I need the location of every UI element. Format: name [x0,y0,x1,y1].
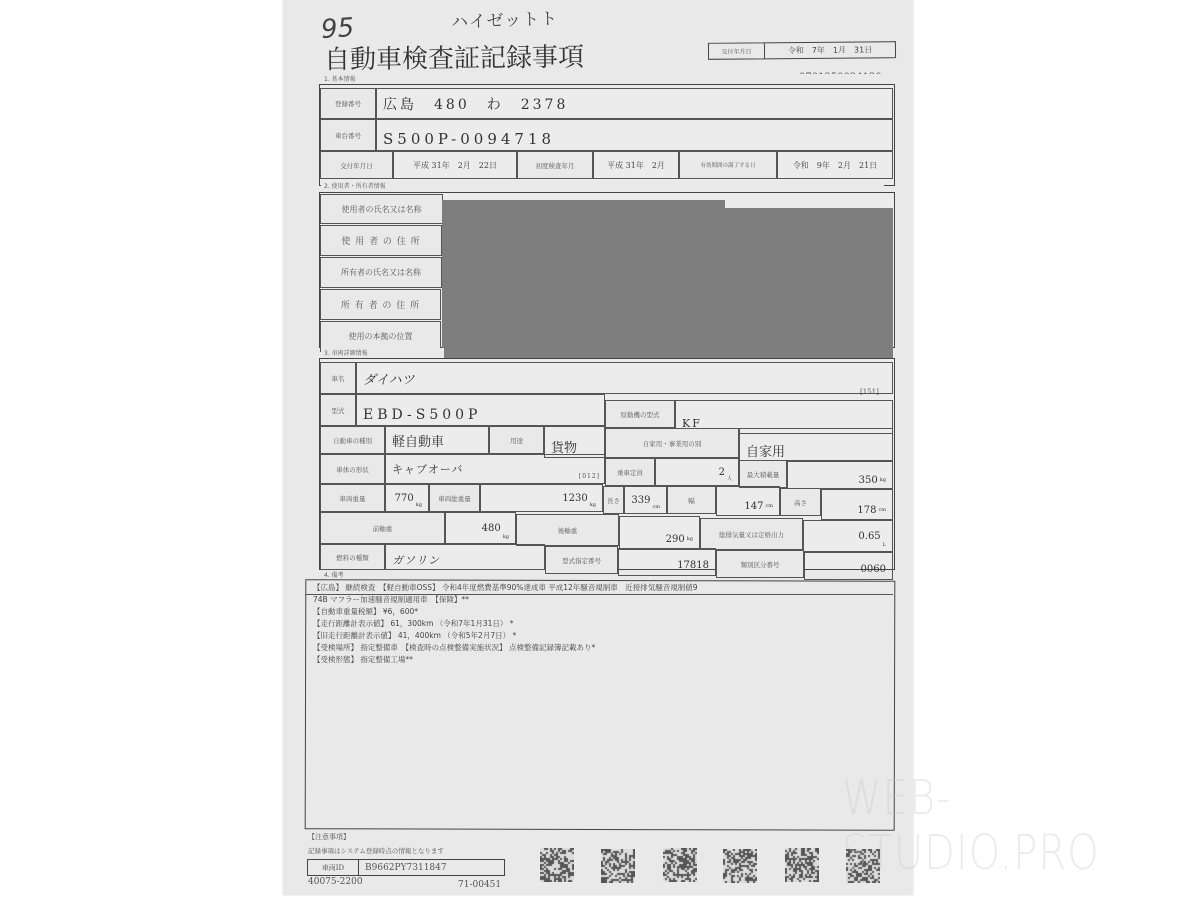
vehicle-weight-label: 車両重量 [320,484,385,512]
owner-name-label: 所有者の氏名又は名称 [320,257,442,288]
notes-line-4: 【走行距離計表示値】 61，300km （令和7年1月31日） * [313,618,514,630]
vehicle-type-value: 軽自動車 [385,426,489,454]
qr-code-3 [663,848,697,882]
gross-weight-value: 1230kg [480,484,603,512]
use-label: 用途 [489,426,544,454]
max-load-value: 350kg [787,460,893,490]
vehicle-weight-unit: kg [416,502,422,511]
section-3-header: 3. 車両詳細情報 [321,348,444,358]
handwritten-vehicle-name: ハイゼットト [451,4,559,33]
vehicle-type-label: 自動車の種別 [320,426,385,454]
redacted-owner-info-2 [723,208,893,358]
front-axle-value: 480kg [445,512,516,544]
first-registration-label: 初度検査年月 [517,151,593,179]
capacity-unit: 人 [727,475,732,485]
width-value: 147cm [716,486,780,516]
model-value: EBD-S500P [356,394,605,426]
displacement-unit: L [883,542,886,551]
height-unit: cm [878,507,886,516]
expiry-value: 令和 9年 2月 21日 [777,151,893,179]
redacted-owner-info [442,200,725,360]
notes-line-3: 【自動車重量税額】 ¥6，600* [313,606,418,618]
vehicle-weight-number: 770 [395,493,414,504]
body-shape-text: キャブオーバ [392,461,463,477]
capacity-value: 2人 [655,458,739,486]
fuel-label: 燃料の種類 [320,544,385,570]
registration-number-label: 登録番号 [320,88,376,119]
notes-line-5: 【旧走行距離計表示値】 41，400km （令和5年2月7日） * [313,630,516,642]
height-label: 高さ [780,488,821,516]
first-issue-label: 交付年月日 [320,151,393,179]
front-axle-number: 480 [482,523,501,534]
document-title: 自動車検査証記録事項 [324,37,584,77]
category-value: 0060 [804,552,893,580]
notes-line-6: 【受検場所】 指定整備車 【検査時の点検整備実施状況】 点検整備記録簿記載あり* [313,642,595,654]
length-number: 339 [631,495,650,506]
rear-axle-unit: kg [687,536,693,545]
chassis-number-value: S500P-0094718 [376,119,893,151]
notice-header: 【注意事項】 [308,832,350,842]
maker-code: [151] [860,388,879,396]
body-shape-value: キャブオーバ [012] [385,454,605,484]
maker-label: 車名 [320,362,356,394]
print-number: 71-00451 [458,880,501,890]
gross-weight-unit: kg [590,502,596,511]
gross-weight-number: 1230 [562,493,587,504]
expiry-label: 有効期間の満了する日 [679,151,777,179]
first-issue-value: 平成 31年 2月 22日 [393,151,517,179]
user-name-label: 使用者の氏名又は名称 [320,194,443,224]
notes-line-2: 74B マフラー加速騒音規制適用車 【保険】** [313,594,469,606]
section-1-header: 1. 基本情報 [321,74,884,84]
qr-code-4 [723,849,757,883]
rear-axle-label: 後軸重 [516,514,619,546]
width-number: 147 [744,501,763,512]
model-label: 型式 [320,394,356,426]
front-axle-label: 前軸重 [320,512,445,544]
capacity-label: 乗車定員 [605,458,655,486]
inspection-certificate-page: 95 ハイゼットト 自動車検査証記録事項 交付年月日 令和 7年 1月 31日 … [283,0,913,895]
fuel-value: ガソリン [385,544,545,570]
width-unit: cm [765,503,773,512]
first-registration-value: 平成 31年 2月 [593,151,679,179]
length-value: 339cm [624,486,667,514]
private-business-value: 自家用 [739,428,893,462]
max-load-label: 最大積載量 [739,460,787,488]
notes-line-1: 【広島】 継続検査 【軽自動車OSS】 令和4年度燃費基準90%達成車 平成12… [313,582,698,594]
rear-axle-value: 290kg [619,516,700,550]
qr-code-1 [540,848,574,882]
issue-date-box: 交付年月日 令和 7年 1月 31日 [708,41,896,60]
height-number: 178 [857,505,876,516]
control-id-label: 車両ID [308,860,359,875]
displacement-number: 0.65 [858,531,880,542]
control-id-box: 車両ID B9662PY7311847 [307,859,505,876]
category-label: 類別区分番号 [716,550,804,578]
control-id-value: B9662PY7311847 [359,860,504,875]
max-load-unit: kg [880,477,886,486]
notes-line-7: 【受検形態】 指定整備工場** [313,654,413,666]
qr-code-5 [785,848,819,882]
private-business-label: 自家用・事業用の別 [605,428,739,458]
maker-value: ダイハツ [356,362,893,394]
qr-code-2 [601,849,635,883]
front-axle-unit: kg [503,534,509,543]
length-unit: cm [652,504,660,513]
length-label: 長さ [603,486,624,514]
capacity-number: 2 [719,467,725,478]
form-number: 40075-2200 [308,877,363,887]
type-designation-value: 17818 [618,548,716,576]
registration-number-value: 広島 480 わ 2378 [376,88,893,119]
height-value: 178cm [821,488,893,520]
body-shape-code: [012] [579,473,604,483]
issue-date-label: 交付年月日 [709,43,765,58]
type-designation-label: 型式指定番号 [545,546,618,574]
section-2-header: 2. 使用者・所有者情報 [321,181,884,191]
vehicle-weight-value: 770kg [385,484,429,512]
chassis-number-label: 車台番号 [320,119,376,151]
rear-axle-number: 290 [666,534,685,545]
engine-model-label: 原動機の型式 [605,400,675,428]
body-shape-label: 車体の形状 [320,454,385,484]
displacement-value: 0.65L [803,520,893,552]
width-label: 幅 [667,486,716,514]
gross-weight-label: 車両総重量 [429,484,480,512]
watermark: WEB-STUDIO.PRO [842,771,1200,881]
owner-address-label: 所 有 者 の 住 所 [320,289,441,320]
max-load-number: 350 [859,475,878,486]
user-address-label: 使 用 者 の 住 所 [320,225,442,256]
displacement-label: 総排気量又は定格出力 [700,518,803,550]
issue-date-value: 令和 7年 1月 31日 [765,42,895,58]
notice-text: 記録事項はシステム登録時点の情報となります [308,846,444,855]
